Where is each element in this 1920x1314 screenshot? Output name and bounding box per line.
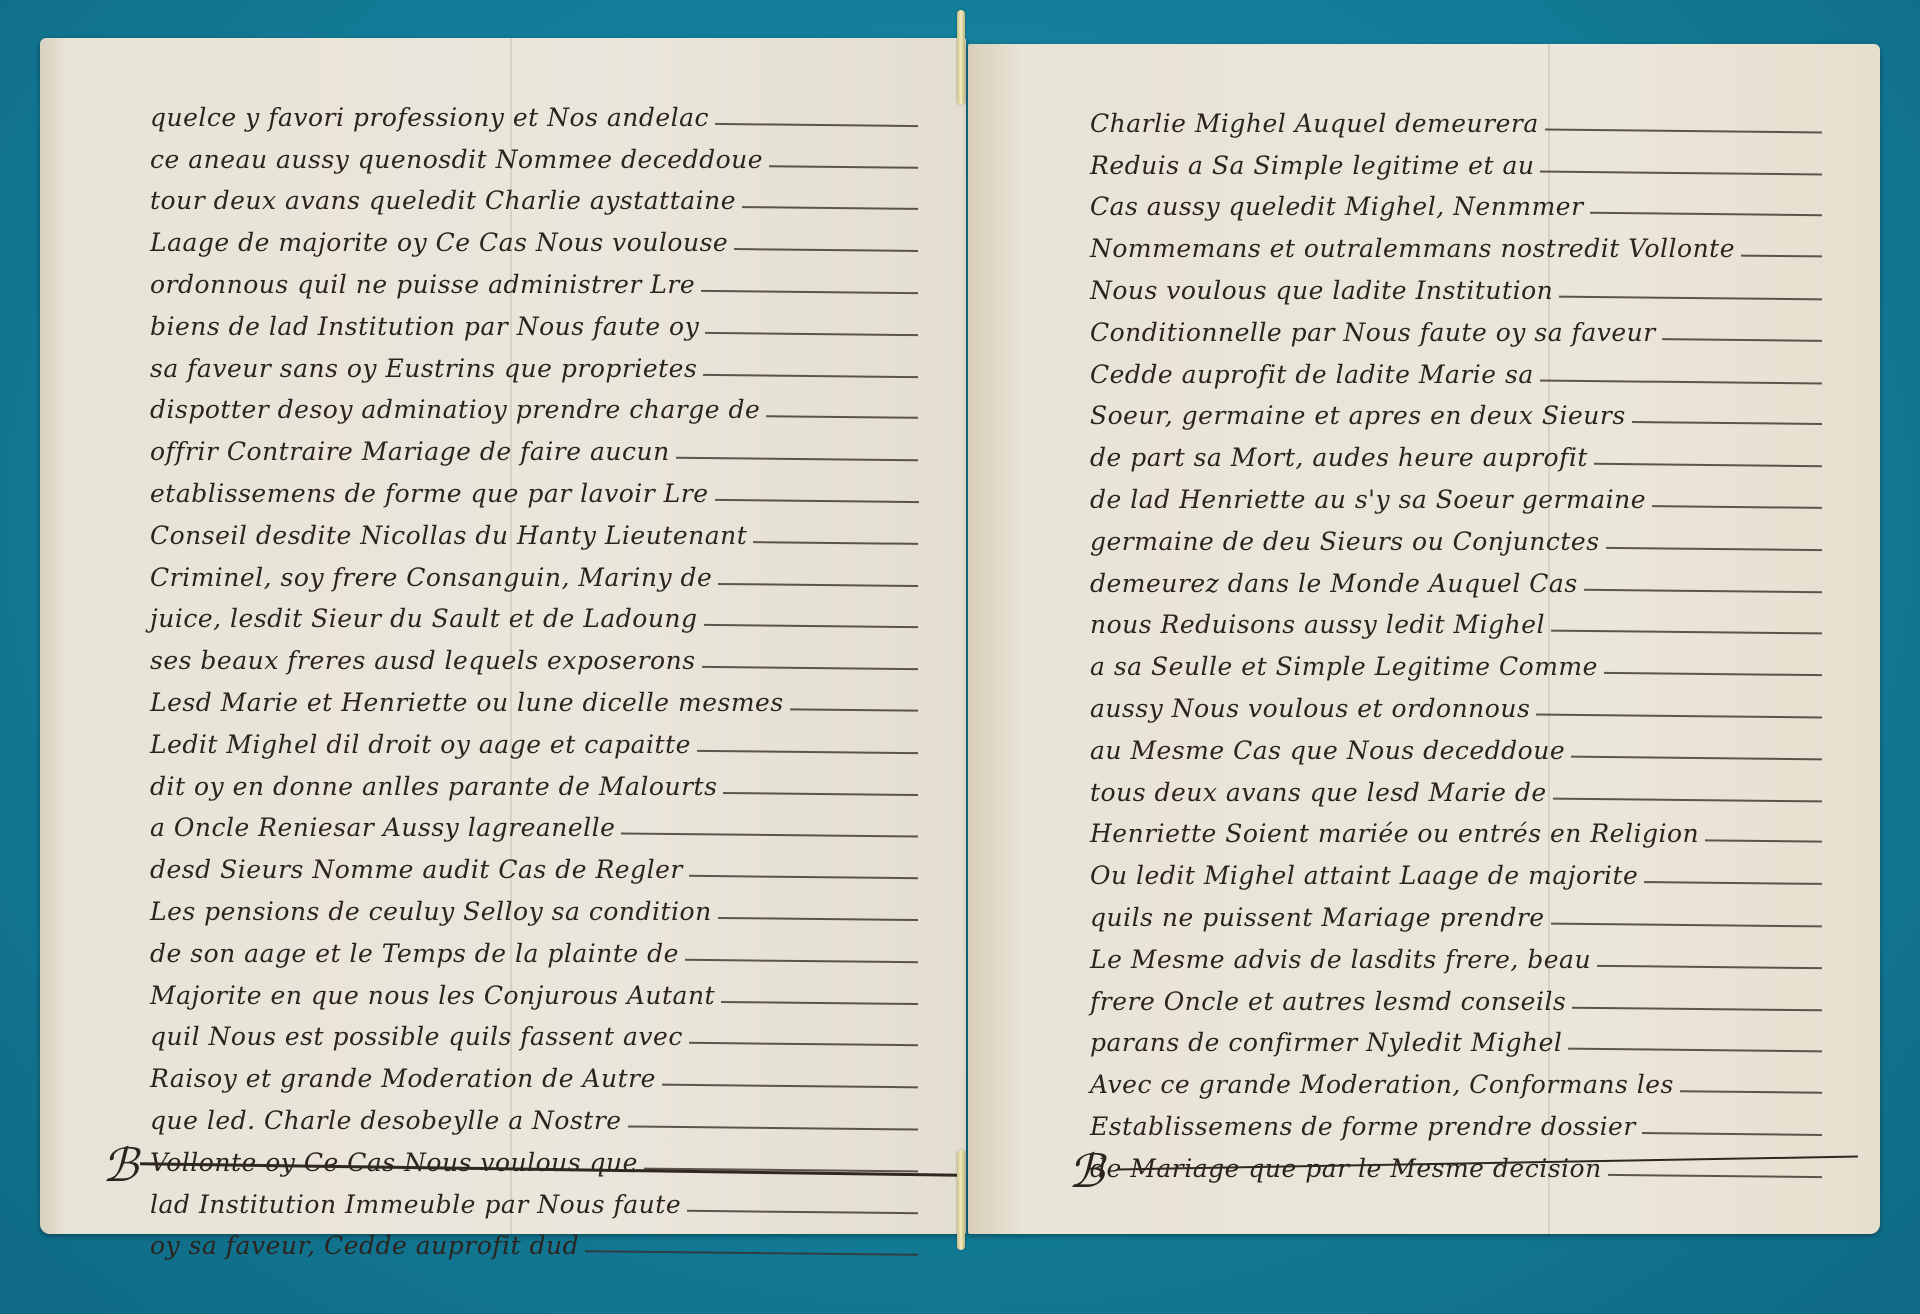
manuscript-line: ordonnous quil ne puisse administrer Lre <box>40 263 966 305</box>
manuscript-line: Henriette Soient mariée ou entrés en Rel… <box>968 813 1880 855</box>
line-text: que led. Charle desobeylle a Nostre <box>150 1106 622 1141</box>
paraph-signature-left: ℬ <box>102 1138 138 1192</box>
line-fill-stroke <box>585 1251 918 1256</box>
manuscript-line: que led. Charle desobeylle a Nostre <box>40 1099 966 1141</box>
manuscript-line: de son aage et le Temps de la plainte de <box>40 932 966 974</box>
line-fill-stroke <box>1741 255 1822 258</box>
line-text: demeurez dans le Monde Auquel Cas <box>1090 569 1578 604</box>
line-text: Establissemens de forme prendre dossier <box>1090 1112 1636 1147</box>
line-fill-stroke <box>1652 505 1822 509</box>
left-page-text: quelce y favori professiony et Nos andel… <box>40 96 966 1266</box>
line-text: Nommemans et outralemmans nostredit Voll… <box>1090 234 1735 269</box>
line-text: ordonnous quil ne puisse administrer Lre <box>150 270 695 305</box>
line-text: ce aneau aussy quenosdit Nommee deceddou… <box>150 145 763 180</box>
line-fill-stroke <box>1572 1006 1822 1011</box>
manuscript-line: de part sa Mort, audes heure auprofit <box>968 436 1880 478</box>
manuscript-line: Establissemens de forme prendre dossier <box>968 1105 1880 1147</box>
manuscript-line: nous Reduisons aussy ledit Mighel <box>968 604 1880 646</box>
line-fill-stroke <box>1545 128 1822 133</box>
line-text: de Mariage que par le Mesme decision <box>1090 1154 1602 1189</box>
manuscript-line: sa faveur sans oy Eustrins que propriete… <box>40 347 966 389</box>
line-text: de part sa Mort, audes heure auprofit <box>1090 443 1588 478</box>
line-fill-stroke <box>704 624 918 628</box>
manuscript-line: dispotter desoy adminatioy prendre charg… <box>40 389 966 431</box>
manuscript-line: Les pensions de ceuluy Selloy sa conditi… <box>40 890 966 932</box>
line-text: Avec ce grande Moderation, Conformans le… <box>1090 1070 1674 1105</box>
manuscript-line: Reduis a Sa Simple legitime et au <box>968 144 1880 186</box>
manuscript-line: frere Oncle et autres lesmd conseils <box>968 980 1880 1022</box>
binding-string-top <box>957 10 965 105</box>
line-fill-stroke <box>1536 713 1822 718</box>
line-fill-stroke <box>697 750 918 754</box>
manuscript-line: Majorite en que nous les Conjurous Autan… <box>40 974 966 1016</box>
line-fill-stroke <box>628 1125 918 1130</box>
line-fill-stroke <box>714 499 918 503</box>
manuscript-line: juice, lesdit Sieur du Sault et de Ladou… <box>40 598 966 640</box>
line-text: Cas aussy queledit Mighel, Nenmmer <box>1090 192 1584 227</box>
manuscript-line: quelce y favori professiony et Nos andel… <box>40 96 966 138</box>
line-text: etablissemens de forme que par lavoir Lr… <box>150 479 709 514</box>
line-text: desd Sieurs Nomme audit Cas de Regler <box>150 855 683 890</box>
manuscript-line: aussy Nous voulous et ordonnous <box>968 687 1880 729</box>
line-text: quil Nous est possible quils fassent ave… <box>150 1022 683 1057</box>
manuscript-line: Conseil desdite Nicollas du Hanty Lieute… <box>40 514 966 556</box>
binding-string-bottom <box>957 1150 965 1250</box>
line-fill-stroke <box>723 792 918 796</box>
manuscript-line: Charlie Mighel Auquel demeurera <box>968 102 1880 144</box>
line-text: de lad Henriette au s'y sa Soeur germain… <box>1090 485 1646 520</box>
line-fill-stroke <box>1705 840 1822 843</box>
manuscript-line: ce aneau aussy quenosdit Nommee deceddou… <box>40 138 966 180</box>
line-text: Criminel, soy frere Consanguin, Mariny d… <box>150 563 712 598</box>
line-text: Conseil desdite Nicollas du Hanty Lieute… <box>150 521 747 556</box>
manuscript-line: Laage de majorite oy Ce Cas Nous voulous… <box>40 221 966 263</box>
line-text: Le Mesme advis de lasdits frere, beau <box>1090 945 1591 980</box>
manuscript-line: Lesd Marie et Henriette ou lune dicelle … <box>40 681 966 723</box>
line-fill-stroke <box>715 123 918 127</box>
line-fill-stroke <box>705 332 918 336</box>
manuscript-line: oy sa faveur, Cedde auprofit dud <box>40 1225 966 1267</box>
line-text: Nous voulous que ladite Institution <box>1090 276 1553 311</box>
line-text: germaine de deu Sieurs ou Conjunctes <box>1090 527 1600 562</box>
manuscript-line: Le Mesme advis de lasdits frere, beau <box>968 938 1880 980</box>
line-fill-stroke <box>662 1084 918 1089</box>
manuscript-line: parans de confirmer Nyledit Mighel <box>968 1022 1880 1064</box>
line-text: oy sa faveur, Cedde auprofit dud <box>150 1231 579 1266</box>
line-text: tour deux avans queledit Charlie aystatt… <box>150 186 736 221</box>
line-fill-stroke <box>769 165 918 169</box>
line-fill-stroke <box>766 416 918 420</box>
manuscript-line: demeurez dans le Monde Auquel Cas <box>968 562 1880 604</box>
line-text: dit oy en donne anlles parante de Malour… <box>150 772 717 807</box>
manuscript-line: de Mariage que par le Mesme decision <box>968 1147 1880 1189</box>
manuscript-line: a sa Seulle et Simple Legitime Comme <box>968 645 1880 687</box>
line-fill-stroke <box>1642 1132 1822 1136</box>
line-fill-stroke <box>1644 881 1822 885</box>
line-fill-stroke <box>1540 379 1822 384</box>
line-fill-stroke <box>1571 755 1822 760</box>
manuscript-line: biens de lad Institution par Nous faute … <box>40 305 966 347</box>
line-fill-stroke <box>685 959 918 963</box>
manuscript-line: etablissemens de forme que par lavoir Lr… <box>40 472 966 514</box>
line-text: Les pensions de ceuluy Selloy sa conditi… <box>150 897 712 932</box>
line-fill-stroke <box>689 875 918 879</box>
manuscript-line: Ledit Mighel dil droit oy aage et capait… <box>40 723 966 765</box>
line-text: Ou ledit Mighel attaint Laage de majorit… <box>1090 861 1638 896</box>
manuscript-line: Criminel, soy frere Consanguin, Mariny d… <box>40 556 966 598</box>
manuscript-line: Raisoy et grande Moderation de Autre <box>40 1057 966 1099</box>
line-fill-stroke <box>1551 923 1822 928</box>
line-fill-stroke <box>1604 672 1822 676</box>
line-fill-stroke <box>753 541 918 545</box>
line-fill-stroke <box>1553 797 1822 802</box>
line-fill-stroke <box>1632 421 1822 425</box>
manuscript-line: dit oy en donne anlles parante de Malour… <box>40 765 966 807</box>
line-text: Soeur, germaine et apres en deux Sieurs <box>1090 401 1626 436</box>
line-fill-stroke <box>1608 1174 1822 1178</box>
manuscript-line: Nous voulous que ladite Institution <box>968 269 1880 311</box>
line-text: aussy Nous voulous et ordonnous <box>1090 694 1530 729</box>
line-text: Ledit Mighel dil droit oy aage et capait… <box>150 730 691 765</box>
line-fill-stroke <box>676 457 918 462</box>
paraph-signature-right: ℬ <box>1068 1144 1104 1198</box>
line-fill-stroke <box>742 206 918 210</box>
manuscript-line: Soeur, germaine et apres en deux Sieurs <box>968 395 1880 437</box>
manuscript-line: a Oncle Reniesar Aussy lagreanelle <box>40 807 966 849</box>
manuscript-line: Cedde auprofit de ladite Marie sa <box>968 353 1880 395</box>
line-text: Majorite en que nous les Conjurous Autan… <box>150 981 715 1016</box>
left-manuscript-page: quelce y favori professiony et Nos andel… <box>40 38 966 1234</box>
manuscript-line: desd Sieurs Nomme audit Cas de Regler <box>40 848 966 890</box>
line-text: offrir Contraire Mariage de faire aucun <box>150 437 670 472</box>
right-manuscript-page: Charlie Mighel Auquel demeureraReduis a … <box>968 44 1880 1234</box>
line-fill-stroke <box>1568 1048 1822 1053</box>
manuscript-line: quils ne puissent Mariage prendre <box>968 896 1880 938</box>
line-text: lad Institution Immeuble par Nous faute <box>150 1190 681 1225</box>
line-text: de son aage et le Temps de la plainte de <box>150 939 679 974</box>
line-fill-stroke <box>702 666 918 670</box>
line-text: au Mesme Cas que Nous deceddoue <box>1090 736 1565 771</box>
right-page-text: Charlie Mighel Auquel demeureraReduis a … <box>968 102 1880 1189</box>
line-text: parans de confirmer Nyledit Mighel <box>1090 1028 1562 1063</box>
manuscript-line: Cas aussy queledit Mighel, Nenmmer <box>968 186 1880 228</box>
manuscript-line: lad Institution Immeuble par Nous faute <box>40 1183 966 1225</box>
manuscript-line: Vollonte oy Ce Cas Nous voulous que <box>40 1141 966 1183</box>
line-fill-stroke <box>790 708 918 711</box>
line-fill-stroke <box>1584 588 1822 592</box>
line-fill-stroke <box>718 917 918 921</box>
manuscript-line: tous deux avans que lesd Marie de <box>968 771 1880 813</box>
line-fill-stroke <box>1597 965 1822 969</box>
line-fill-stroke <box>1590 212 1822 216</box>
line-fill-stroke <box>621 833 918 838</box>
manuscript-line: quil Nous est possible quils fassent ave… <box>40 1016 966 1058</box>
manuscript-line: Conditionnelle par Nous faute oy sa fave… <box>968 311 1880 353</box>
line-text: Laage de majorite oy Ce Cas Nous voulous… <box>150 228 728 263</box>
line-fill-stroke <box>689 1042 918 1046</box>
manuscript-line: Nommemans et outralemmans nostredit Voll… <box>968 227 1880 269</box>
manuscript-line: de lad Henriette au s'y sa Soeur germain… <box>968 478 1880 520</box>
line-fill-stroke <box>687 1209 918 1213</box>
manuscript-line: Ou ledit Mighel attaint Laage de majorit… <box>968 854 1880 896</box>
manuscript-line: ses beaux freres ausd lequels exposerons <box>40 639 966 681</box>
line-text: nous Reduisons aussy ledit Mighel <box>1090 610 1545 645</box>
line-text: tous deux avans que lesd Marie de <box>1090 778 1547 813</box>
line-fill-stroke <box>1540 170 1822 175</box>
line-text: Conditionnelle par Nous faute oy sa fave… <box>1090 318 1656 353</box>
line-text: biens de lad Institution par Nous faute … <box>150 312 699 347</box>
manuscript-line: offrir Contraire Mariage de faire aucun <box>40 430 966 472</box>
line-fill-stroke <box>734 248 918 252</box>
line-fill-stroke <box>1594 463 1822 467</box>
line-fill-stroke <box>721 1001 918 1005</box>
line-text: Lesd Marie et Henriette ou lune dicelle … <box>150 688 784 723</box>
line-fill-stroke <box>703 373 918 377</box>
line-text: Raisoy et grande Moderation de Autre <box>150 1064 656 1099</box>
line-text: frere Oncle et autres lesmd conseils <box>1090 987 1566 1022</box>
line-fill-stroke <box>1551 630 1822 635</box>
line-text: dispotter desoy adminatioy prendre charg… <box>150 395 760 430</box>
line-fill-stroke <box>1559 296 1822 301</box>
manuscript-line: Avec ce grande Moderation, Conformans le… <box>968 1063 1880 1105</box>
line-text: Charlie Mighel Auquel demeurera <box>1090 109 1539 144</box>
line-text: ses beaux freres ausd lequels exposerons <box>150 646 696 681</box>
line-text: Reduis a Sa Simple legitime et au <box>1090 151 1534 186</box>
line-text: quils ne puissent Mariage prendre <box>1090 903 1545 938</box>
line-fill-stroke <box>701 290 918 294</box>
line-text: juice, lesdit Sieur du Sault et de Ladou… <box>150 604 698 639</box>
line-text: a sa Seulle et Simple Legitime Comme <box>1090 652 1598 687</box>
manuscript-line: germaine de deu Sieurs ou Conjunctes <box>968 520 1880 562</box>
line-text: a Oncle Reniesar Aussy lagreanelle <box>150 813 615 848</box>
line-fill-stroke <box>1680 1090 1822 1093</box>
line-text: sa faveur sans oy Eustrins que propriete… <box>150 354 697 389</box>
line-fill-stroke <box>1662 338 1822 342</box>
line-text: Cedde auprofit de ladite Marie sa <box>1090 360 1534 395</box>
line-text: Henriette Soient mariée ou entrés en Rel… <box>1090 819 1699 854</box>
line-text: quelce y favori professiony et Nos andel… <box>150 103 709 138</box>
manuscript-line: tour deux avans queledit Charlie aystatt… <box>40 180 966 222</box>
manuscript-line: au Mesme Cas que Nous deceddoue <box>968 729 1880 771</box>
line-fill-stroke <box>718 583 918 587</box>
line-fill-stroke <box>1606 547 1822 551</box>
